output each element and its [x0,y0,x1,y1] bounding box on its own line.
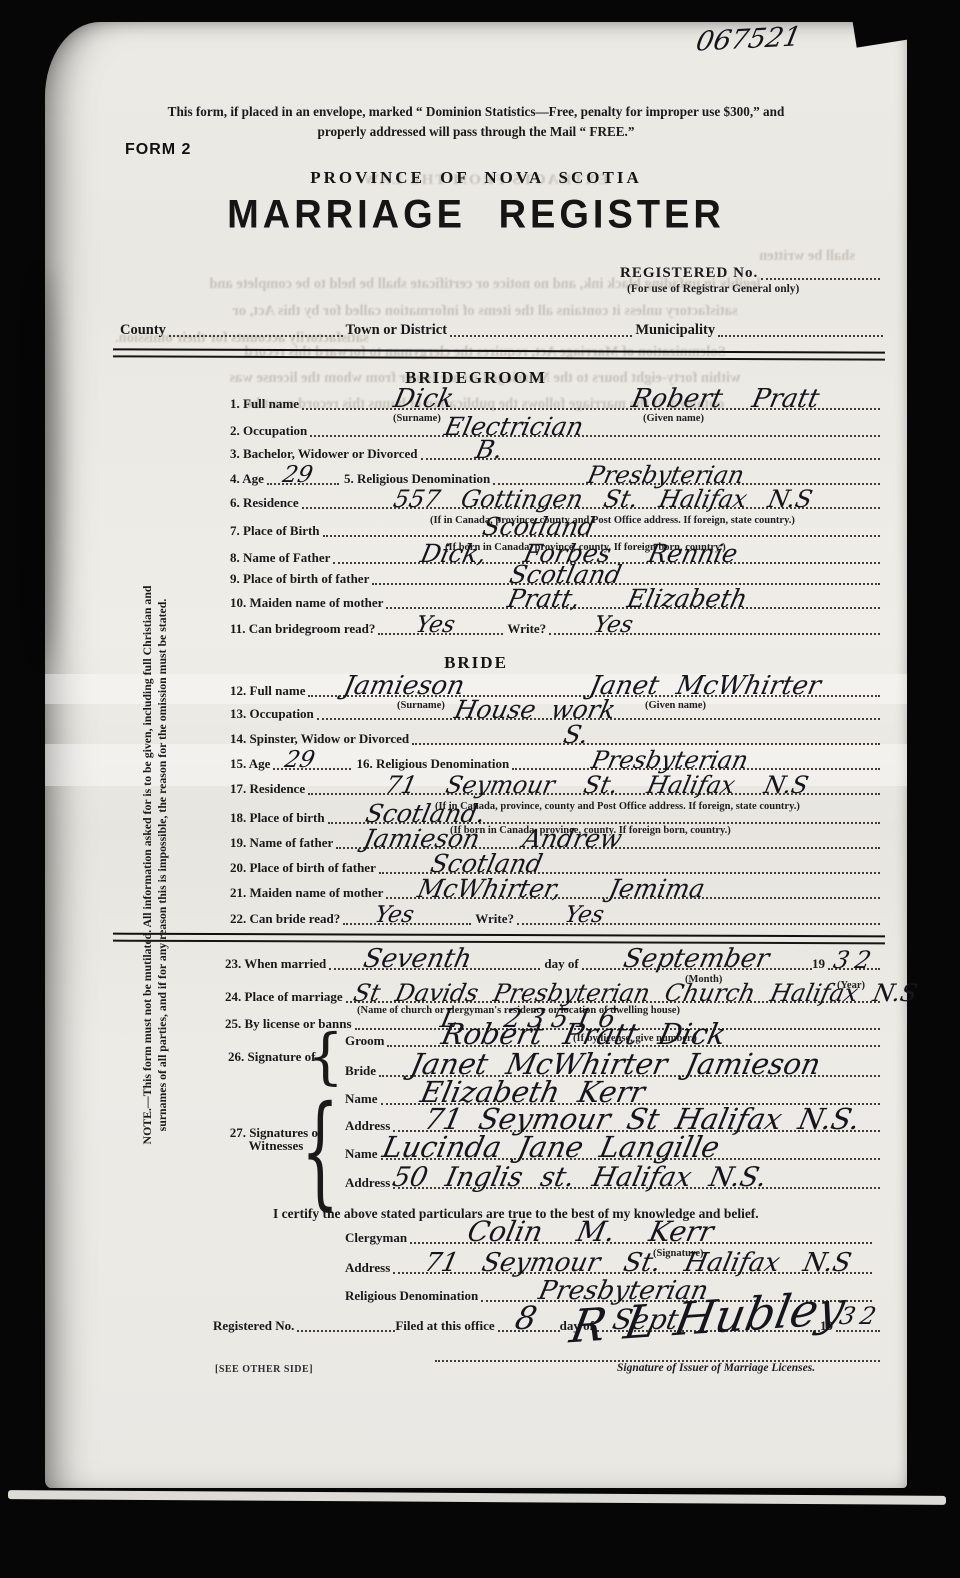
field-label: 9. Place of birth of father [230,571,372,586]
handwritten-residence: 557 Gottingen St. Halifax N.S [391,487,814,511]
field-label: 8. Name of Father [230,550,333,565]
dotted-line: 71 Seymour St. Halifax N.S [393,1256,872,1274]
dotted-line: S. [412,727,880,745]
dotted-line: 71 Seymour St. Halifax N.S [308,777,880,795]
county-row: County Town or District Municipality [120,319,883,338]
field-label: 13. Occupation [230,706,317,721]
field-label: 19. Name of father [230,835,336,850]
dotted-line: Yes [378,617,503,635]
dotted-line: Robert Pratt Dick [387,1029,880,1047]
handwritten-father-birthplace: Scotland [428,851,545,876]
dotted-line: Jamieson Andrew [336,831,880,849]
bridegroom-birthplace-field: 7. Place of Birth Scotland [230,519,880,538]
dotted-line: Electrician [310,419,880,437]
handwritten-year: 32 [831,948,879,972]
registered-no-label: REGISTERED No. [620,266,761,281]
bridegroom-age-religion-field: 4. Age 29 5. Religious Denomination Pres… [230,467,880,486]
margin-note-line2: surnames of all parties, and if for any … [155,599,169,1132]
dotted-line: Lucinda Jane Langille [381,1142,881,1160]
bride-occupation-field: 13. Occupation House work [230,702,880,721]
province-heading: PROVINCE OF NOVA SCOTIA [45,168,907,188]
form-number-label: FORM 2 [125,141,191,159]
bridegroom-status-field: 3. Bachelor, Widower or Divorced B. [230,442,880,461]
dotted-line: Scotland [323,519,880,537]
dotted-line: Colin M. Kerr [410,1226,872,1244]
handwritten-can-read: Yes [373,904,416,927]
field-label: 3. Bachelor, Widower or Divorced [230,446,421,461]
dotted-line: 29 [273,752,351,770]
field-label: 12. Full name [230,683,308,698]
dotted-line: Yes [343,907,471,925]
scan-edge-smudge [34,270,60,660]
bride-birthplace-field: 18. Place of birth Scotland. [230,806,880,825]
dotted-line: House work [317,702,880,720]
dotted-line [169,319,343,337]
write-label: Write? [471,911,517,926]
margin-note-line1: NOTE.—This form must not be mutilated. A… [140,586,154,1145]
place-of-marriage-field: 24. Place of marriage St Davids Presbyte… [225,985,880,1004]
handwritten-clergyman-address: 71 Seymour St. Halifax N.S [423,1250,854,1276]
mailing-notice-line2: properly addressed will pass through the… [45,122,907,142]
county-label: County [120,323,169,338]
dotted-line [297,1314,395,1332]
dotted-line: 29 [267,467,339,485]
dotted-line: Yes [549,617,880,635]
field-label: 14. Spinster, Widow or Divorced [230,731,412,746]
dotted-line: Presbyterian [493,467,880,485]
bride-mother-field: 21. Maiden name of mother McWhirter, Jem… [230,881,880,900]
field-label: 6. Residence [230,495,302,510]
handwritten-witness2-address: 50 Inglis st. Halifax N.S. [390,1164,769,1191]
municipality-label: Municipality [632,323,718,338]
name-label: Name [345,1146,381,1161]
dotted-line: Dick Robert Pratt [302,392,880,410]
bridegroom-residence-field: 6. Residence 557 Gottingen St. Halifax N… [230,491,880,510]
dotted-line: Pratt, Elizabeth [386,591,880,609]
field-label: 11. Can bridegroom read? [230,621,378,636]
paper-sheet: EXTRACTS FROM THE LAW shall be written l… [45,22,907,1488]
section-divider [113,933,885,945]
handwritten-religion: Presbyterian [586,463,747,487]
handwritten-can-write: Yes [592,614,635,637]
groom-signature-field: Groom Robert Pratt Dick [345,1029,880,1048]
denomination-label: Religious Denomination [345,1288,481,1303]
field-label: 17. Residence [230,781,308,796]
margin-note: NOTE.—This form must not be mutilated. A… [140,539,170,1191]
handwritten-can-write: Yes [563,904,606,927]
field-label: 23. When married [225,956,329,971]
handwritten-groom-signature: Robert Pratt Dick [439,1020,728,1049]
bride-residence-field: 17. Residence 71 Seymour St. Halifax N.S [230,777,880,796]
handwritten-occupation: House work [452,697,617,722]
name-label: Name [345,1091,381,1106]
dotted-line: B. [421,442,880,460]
bride-label: Bride [345,1063,379,1078]
signature-of-label: 26. Signature of [228,1049,319,1064]
handwritten-surname: Dick [391,386,456,412]
field-label: 2. Occupation [230,423,310,438]
groom-label: Groom [345,1033,387,1048]
field-label: 4. Age [230,471,267,486]
field-label: 22. Can bride read? [230,911,343,926]
dotted-line [718,319,883,337]
field-label: 16. Religious Denomination [351,756,512,771]
scanned-document: EXTRACTS FROM THE LAW shall be written l… [0,0,960,1578]
handwritten-religion: Presbyterian [590,748,751,772]
year-prefix: 19 [812,956,828,971]
field-label: 5. Religious Denomination [339,471,493,486]
field-label: 18. Place of birth [230,810,328,825]
witness2-name-field: Name Lucinda Jane Langille [345,1142,880,1161]
day-of-label: day of [540,956,581,971]
field-label: 15. Age [230,756,273,771]
field-label: 7. Place of Birth [230,523,323,538]
page-title: MARRIAGE REGISTER [45,193,907,238]
bridegroom-full-name-field: 1. Full name Dick Robert Pratt [230,392,880,411]
handwritten-mother-name: Pratt, Elizabeth [506,586,750,611]
field-label: 1. Full name [230,396,302,411]
witness2-address-field: Address 50 Inglis st. Halifax N.S. [345,1171,880,1190]
dotted-line: Seventh [329,952,540,970]
handwritten-clergyman-signature: Colin M. Kerr [465,1218,716,1246]
bridegroom-occupation-field: 2. Occupation Electrician [230,419,880,438]
write-label: Write? [503,621,549,636]
dotted-line: September [582,952,812,970]
dotted-line: 8 [498,1314,560,1332]
town-district-label: Town or District [343,323,451,338]
handwritten-can-read: Yes [414,614,457,637]
bride-heading: BRIDE [45,653,907,673]
dotted-line: 50 Inglis st. Halifax N.S. [393,1171,880,1189]
bridegroom-literacy-field: 11. Can bridegroom read? Yes Write? Yes [230,617,880,636]
clergyman-field: Clergyman Colin M. Kerr [345,1226,872,1245]
field-label: 21. Maiden name of mother [230,885,386,900]
handwritten-birthplace: Scotland. [363,801,488,826]
dotted-line [761,262,880,280]
dotted-line [450,319,632,337]
handwritten-birthplace: Scotland [480,514,597,539]
address-label: Address [345,1260,393,1275]
handwritten-age: 29 [281,464,315,487]
when-married-field: 23. When married Seventh day of Septembe… [225,952,880,971]
handwritten-place: St Davids Presbyterian Church Halifax N.… [351,981,919,1005]
handwritten-status: S. [561,722,591,747]
handwritten-doc-number: 067521 [694,23,804,55]
handwritten-filed-day: 8 [512,1302,539,1334]
mailing-notice-line1: This form, if placed in an envelope, mar… [45,102,907,122]
field-label: 24. Place of marriage [225,989,346,1004]
filed-label: Filed at this office [395,1318,497,1333]
handwritten-residence: 71 Seymour St. Halifax N.S [384,773,811,797]
bride-age-religion-field: 15. Age 29 16. Religious Denomination Pr… [230,752,880,771]
dotted-line: Scotland [379,856,880,874]
dotted-line: Presbyterian [512,752,880,770]
witnesses-label-line2: Witnesses [249,1138,304,1153]
dotted-line: St Davids Presbyterian Church Halifax N.… [346,985,880,1003]
bridegroom-mother-field: 10. Maiden name of mother Pratt, Elizabe… [230,591,880,610]
field-label: 20. Place of birth of father [230,860,379,875]
registered-no-field: REGISTERED No. [620,262,880,281]
handwritten-month: September [621,946,771,972]
handwritten-occupation: Electrician [443,414,586,439]
bride-literacy-field: 22. Can bride read? Yes Write? Yes [230,907,880,926]
registered-no-label: Registered No. [213,1318,297,1333]
handwritten-mother-name: McWhirter, Jemima [416,876,708,901]
issuer-caption: Signature of Issuer of Marriage Licenses… [617,1362,815,1374]
see-other-side-note: [SEE OTHER SIDE] [215,1364,313,1375]
handwritten-surname: Jamieson [342,673,468,699]
dotted-line: 557 Gottingen St. Halifax N.S [302,491,880,509]
bride-father-field: 19. Name of father Jamieson Andrew [230,831,880,850]
handwritten-age: 29 [283,749,317,772]
handwritten-witness2-name: Lucinda Jane Langille [379,1133,721,1162]
field-label: 10. Maiden name of mother [230,595,386,610]
address-label: Address [345,1175,393,1190]
handwritten-father-name: Jamieson Andrew [362,826,625,851]
underlying-sheet-edge [8,1490,946,1505]
dotted-line: Scotland. [328,806,880,824]
dotted-line: 32 [828,952,880,970]
bride-father-birthplace-field: 20. Place of birth of father Scotland [230,856,880,875]
registered-no-caption: (For use of Registrar General only) [627,283,799,295]
dotted-line: Scotland [372,567,880,585]
handwritten-status: B. [473,437,505,462]
brace-glyph: { [301,1080,339,1224]
handwritten-given-name: Robert Pratt [629,386,821,412]
clergyman-address-field: Address 71 Seymour St. Halifax N.S [345,1256,872,1275]
dotted-line: McWhirter, Jemima [386,881,880,899]
clergyman-label: Clergyman [345,1230,410,1245]
handwritten-day: Seventh [361,946,474,972]
bride-status-field: 14. Spinster, Widow or Divorced S. [230,727,880,746]
handwritten-given-name: Janet McWhirter [588,673,824,699]
bleedthrough-text: satisfactory unless it contains all the … [115,303,855,320]
dotted-line: Yes [517,907,880,925]
